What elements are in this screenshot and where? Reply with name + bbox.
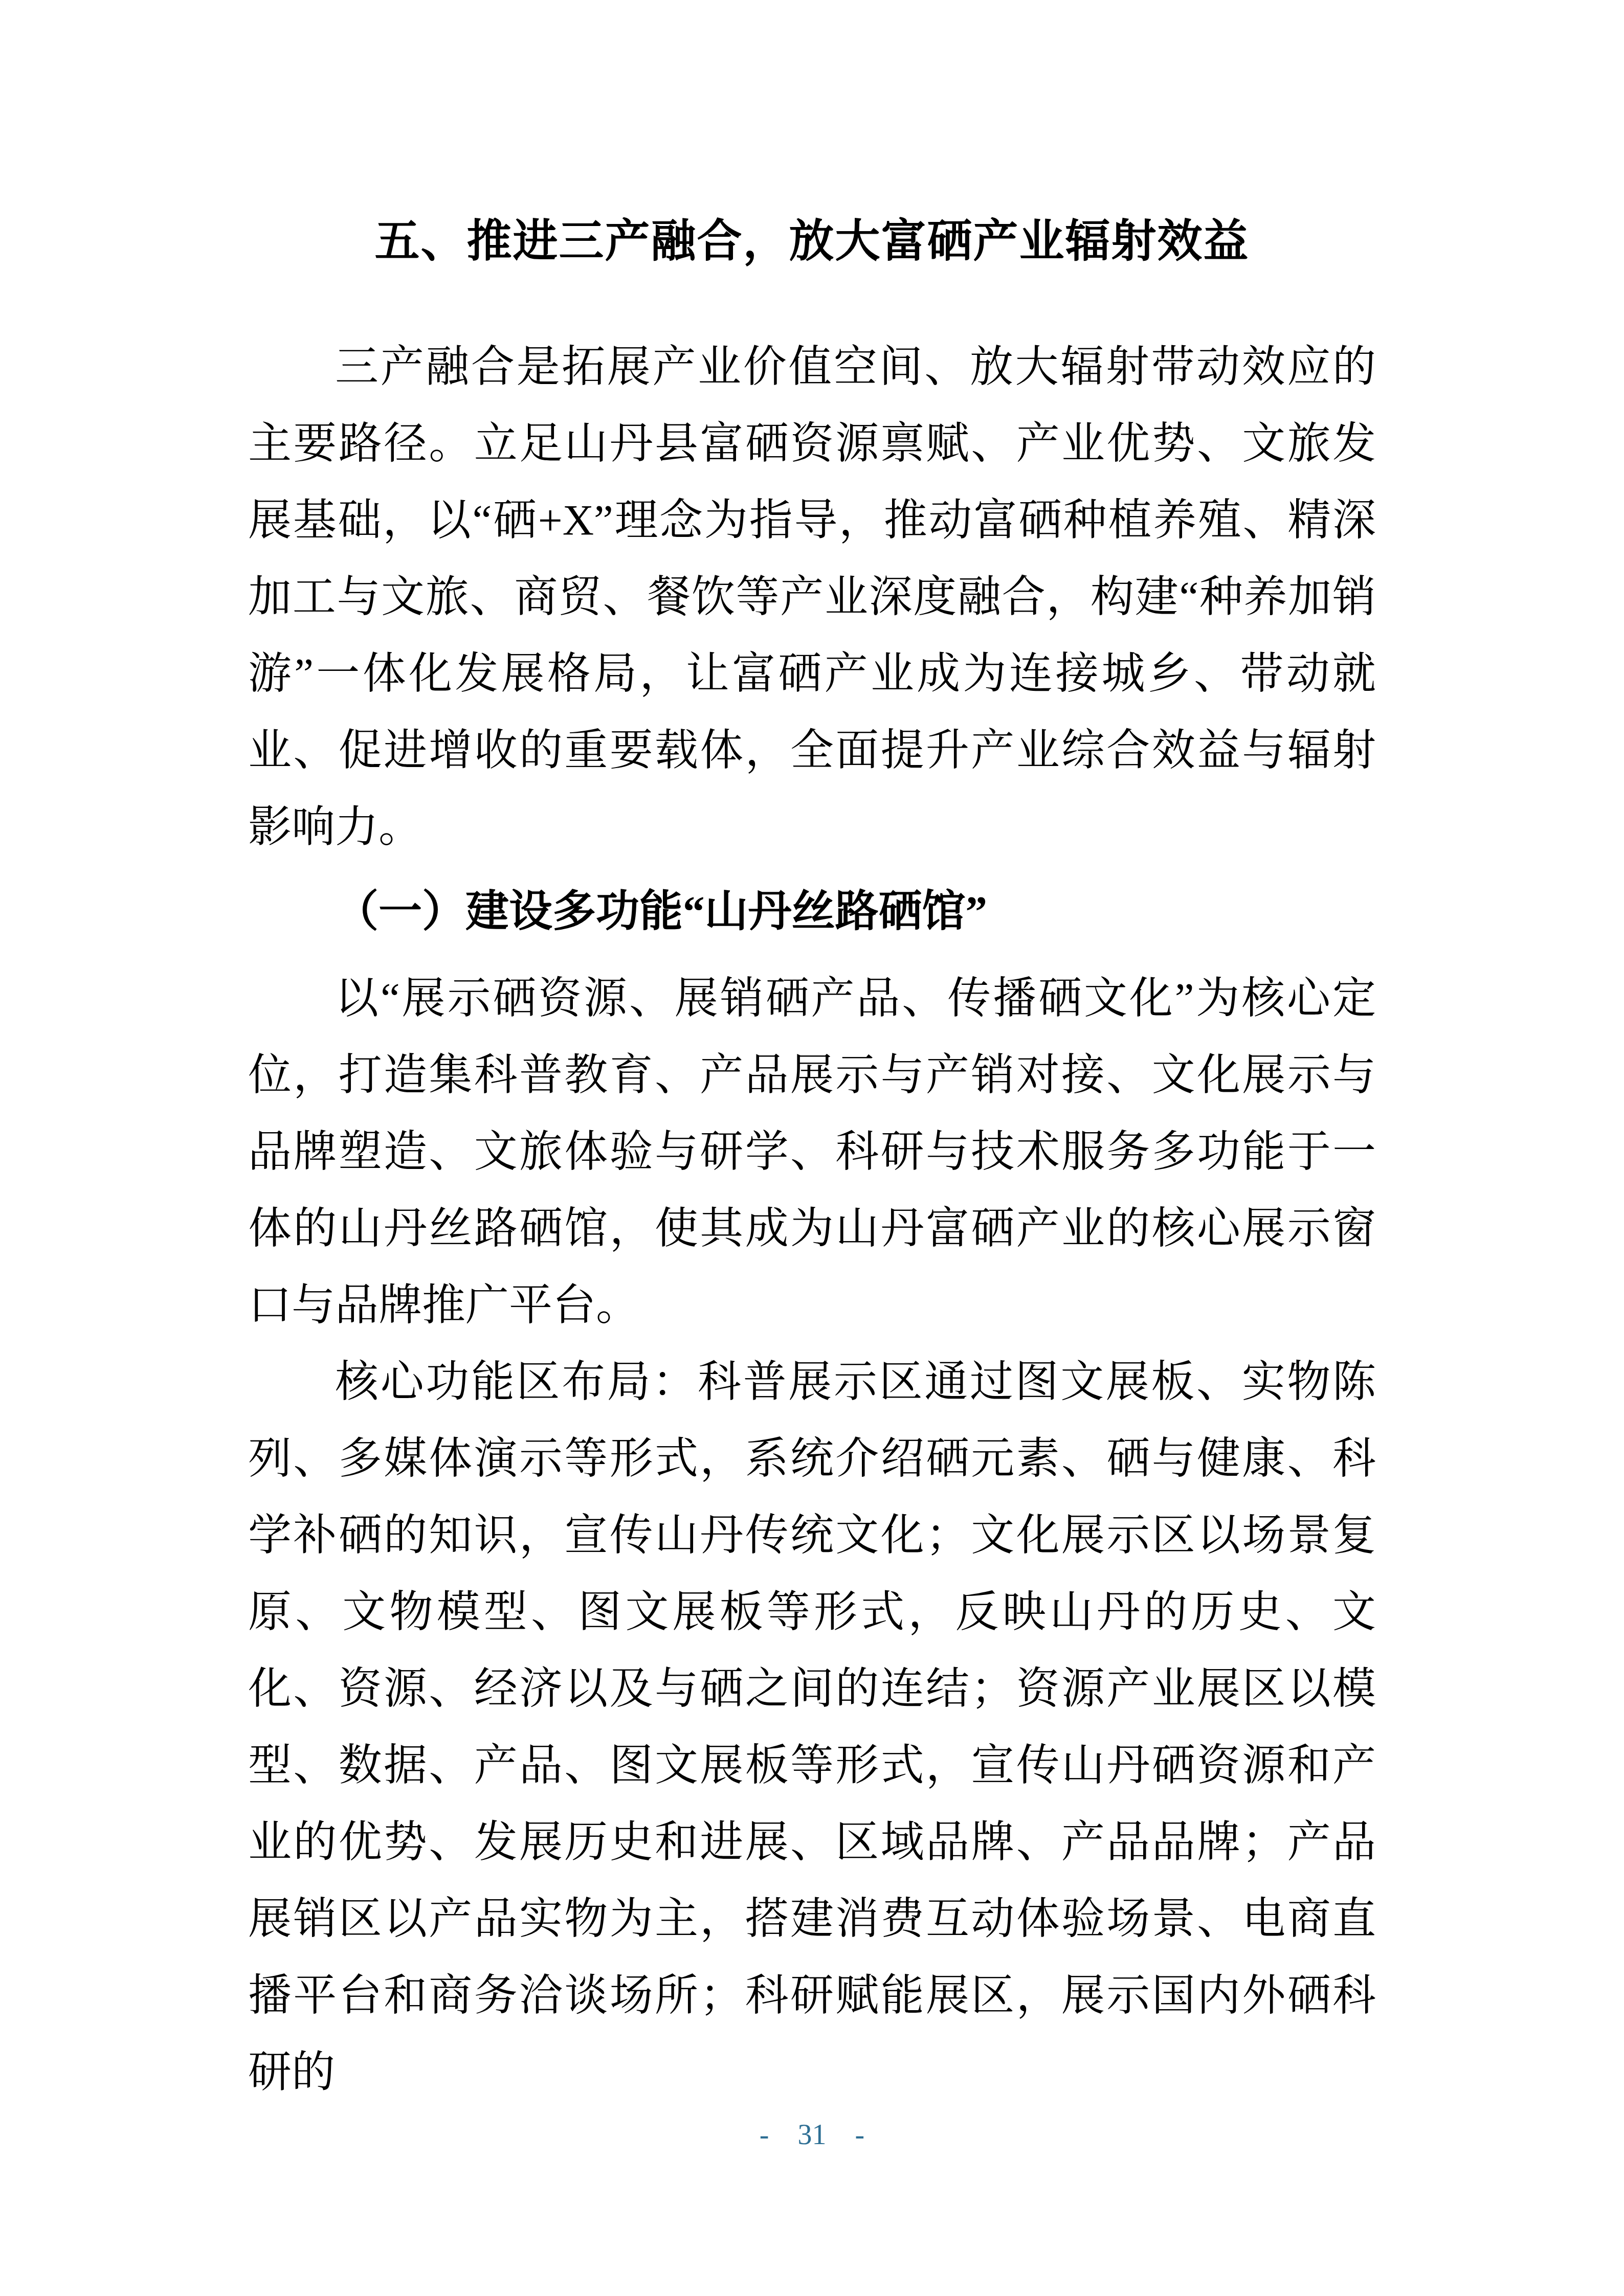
body-paragraph-2: 以“展示硒资源、展销硒产品、传播硒文化”为核心定位，打造集科普教育、产品展示与产… bbox=[248, 960, 1376, 1344]
subsection-title: （一）建设多功能“山丹丝路硒馆” bbox=[248, 873, 1376, 950]
section-title: 五、推进三产融合，放大富硒产业辐射效益 bbox=[248, 209, 1376, 275]
document-page: 五、推进三产融合，放大富硒产业辐射效益 三产融合是拓展产业价值空间、放大辐射带动… bbox=[0, 0, 1624, 2296]
body-paragraph-3: 核心功能区布局：科普展示区通过图文展板、实物陈列、多媒体演示等形式，系统介绍硒元… bbox=[248, 1344, 1376, 2111]
page-number: - 31 - bbox=[0, 2120, 1624, 2150]
body-paragraph-1: 三产融合是拓展产业价值空间、放大辐射带动效应的主要路径。立足山丹县富硒资源禀赋、… bbox=[248, 329, 1376, 866]
